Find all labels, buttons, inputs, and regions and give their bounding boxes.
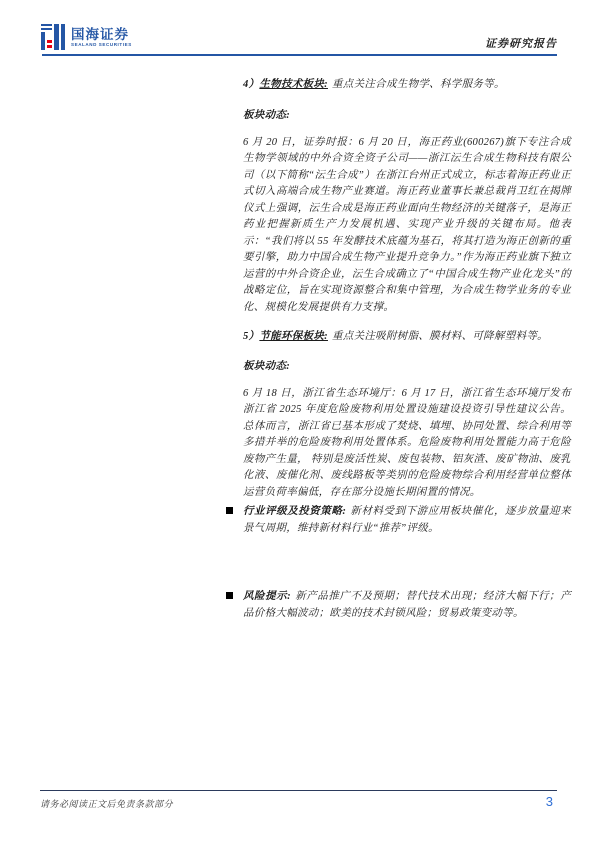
bullet-square-icon <box>226 507 233 514</box>
section-4-desc: 重点关注合成生物学、科学服务等。 <box>332 79 505 90</box>
paragraph-envprotect-news: 6 月 18 日，浙江省生态环境厅：6 月 17 日，浙江省生态环境厅发布浙江省… <box>243 386 571 502</box>
section-5-heading: 5）节能环保板块:重点关注吸附树脂、膜材料、可降解塑料等。 <box>243 329 571 346</box>
paragraph-biotech-news: 6 月 20 日，证券时报：6 月 20 日，海正药业(600267)旗下专注合… <box>243 135 571 317</box>
bullet-risk-warning-text: 新产品推广不及预期；替代技术出现；经济大幅下行；产品价格大幅波动；欧美的技术封锁… <box>243 591 571 619</box>
bullet-square-icon <box>226 592 233 599</box>
section-4-title: 生物技术板块: <box>259 79 328 90</box>
page-number: 3 <box>546 794 553 809</box>
section-4-heading: 4）生物技术板块:重点关注合成生物学、科学服务等。 <box>243 77 571 94</box>
logo-text: 国海证券 SEALAND SECURITIES <box>71 28 132 48</box>
sector-dynamics-label-1: 板块动态: <box>243 108 571 125</box>
footer-divider <box>40 790 557 791</box>
bullet-risk-warning: 风险提示:新产品推广不及预期；替代技术出现；经济大幅下行；产品价格大幅波动；欧美… <box>243 589 571 622</box>
logo-name-en: SEALAND SECURITIES <box>71 43 132 48</box>
logo-name-cn: 国海证券 <box>71 28 132 42</box>
section-5-desc: 重点关注吸附树脂、膜材料、可降解塑料等。 <box>332 331 548 342</box>
report-body: 4）生物技术板块:重点关注合成生物学、科学服务等。 板块动态: 6 月 20 日… <box>243 0 571 66</box>
bullet-industry-rating-lead: 行业评级及投资策略: <box>243 506 346 517</box>
bullet-risk-warning-lead: 风险提示: <box>243 591 291 602</box>
sealand-logo-icon <box>40 24 66 51</box>
bullet-industry-rating: 行业评级及投资策略:新材料受到下游应用板块催化，逐步放量迎来景气周期，维持新材料… <box>243 504 571 537</box>
company-logo: 国海证券 SEALAND SECURITIES <box>40 24 132 51</box>
section-4-number: 4） <box>243 79 259 90</box>
report-page: 国海证券 SEALAND SECURITIES 证券研究报告 4）生物技术板块:… <box>0 0 595 841</box>
sector-dynamics-label-2: 板块动态: <box>243 359 571 376</box>
footer-disclaimer: 请务必阅读正文后免责条款部分 <box>40 797 173 810</box>
section-5-title: 节能环保板块: <box>259 331 328 342</box>
section-5-number: 5） <box>243 331 259 342</box>
